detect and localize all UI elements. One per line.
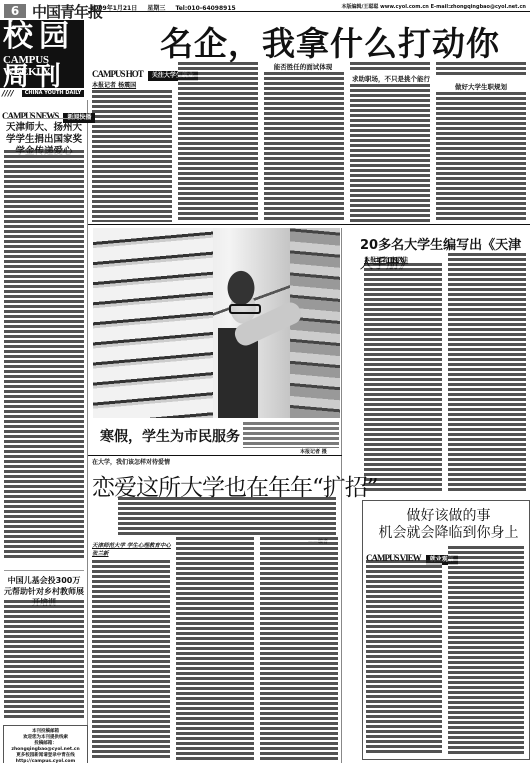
right-box-headline: 做好该做的事 机会就会降临到你身上 — [369, 508, 528, 542]
left-story1-text — [4, 150, 84, 558]
main-column-tag: CAMPUS HOT — [92, 69, 143, 79]
contact-url[interactable]: http://campus.cyol.com — [4, 759, 87, 763]
main-headline: 名企，我拿什么打动你 — [160, 18, 500, 65]
slash-decoration-icon: //// — [2, 89, 14, 98]
main-text-col-1 — [92, 90, 172, 222]
love-story-col-2 — [176, 537, 254, 760]
students-books-photo — [93, 228, 340, 418]
photo-caption-title: 寒假，学生为市民服务 — [100, 426, 240, 446]
editor-contact: 本版编辑/王聪聪 www.cyol.com.cn E-mail:zhongqin… — [342, 3, 526, 10]
mid-divider — [88, 455, 342, 456]
top-divider — [88, 11, 530, 12]
love-story-col-1 — [92, 560, 170, 760]
main-subhead-1: 能否胜任的面试体现 — [262, 62, 344, 71]
photo-top-rule — [88, 224, 530, 225]
contact-box: 本刊投稿邮箱 欢迎您为本刊提供线索 投稿邮箱：zhongqingbao@cyol… — [3, 725, 88, 763]
main-text-col-4 — [350, 84, 430, 222]
main-text-col-3 — [264, 72, 344, 222]
photo-caption-text — [243, 422, 339, 448]
main-subhead-2: 求助职场，不只是挑个能行 — [350, 74, 432, 83]
main-text-col-5a — [436, 62, 526, 76]
right-box-headline-line-2: 机会就会降临到你身上 — [369, 525, 528, 542]
left-divider-2 — [4, 570, 84, 571]
love-story-intro — [118, 497, 336, 537]
main-subhead-3: 做好大学生职规划 — [436, 82, 526, 91]
right-box-col-2 — [448, 546, 524, 755]
right-box-headline-line-1: 做好该做的事 — [369, 508, 528, 525]
right-feature-col-2 — [448, 253, 526, 493]
left-story2-text — [4, 600, 84, 718]
love-story-kicker: 在大学，我们该怎样对待爱情 — [92, 457, 170, 466]
love-story-col-3 — [260, 537, 338, 760]
tagline-text: CHINA YOUTH DAILY — [22, 90, 84, 97]
left-column-tag: CAMPUS NEWS — [2, 111, 58, 121]
left-divider — [4, 118, 84, 119]
book-stack-left — [93, 228, 213, 418]
glasses — [229, 304, 261, 314]
contact-email[interactable]: 投稿邮箱：zhongqingbao@cyol.net.cn — [4, 741, 87, 753]
right-box-col-1 — [366, 560, 442, 755]
main-byline: 本报记者 杨震国 — [92, 80, 136, 89]
tagline-strip: //// CHINA YOUTH DAILY — [0, 89, 84, 98]
section-brand-box: 校园 CAMPUS WEEKLY 周刊 — [0, 20, 84, 88]
main-text-col-2 — [178, 62, 258, 222]
section-title-top: 校园 — [3, 20, 75, 54]
left-column-divider — [87, 100, 88, 763]
photo-credit: 本报记者 摄 — [300, 448, 327, 455]
left-column-tag-row: CAMPUS NEWS 新闻快播 — [2, 104, 95, 123]
right-feature-col-1 — [364, 263, 442, 493]
main-text-col-5 — [436, 92, 526, 222]
page-number: 6 — [4, 4, 26, 18]
section-title-bottom: 周刊 — [3, 64, 67, 90]
love-story-byline: 天津师范大学 学生心理教育中心 张兰新 — [92, 542, 172, 558]
book-stack-right — [290, 228, 340, 418]
main-text-col-4a — [350, 62, 430, 72]
